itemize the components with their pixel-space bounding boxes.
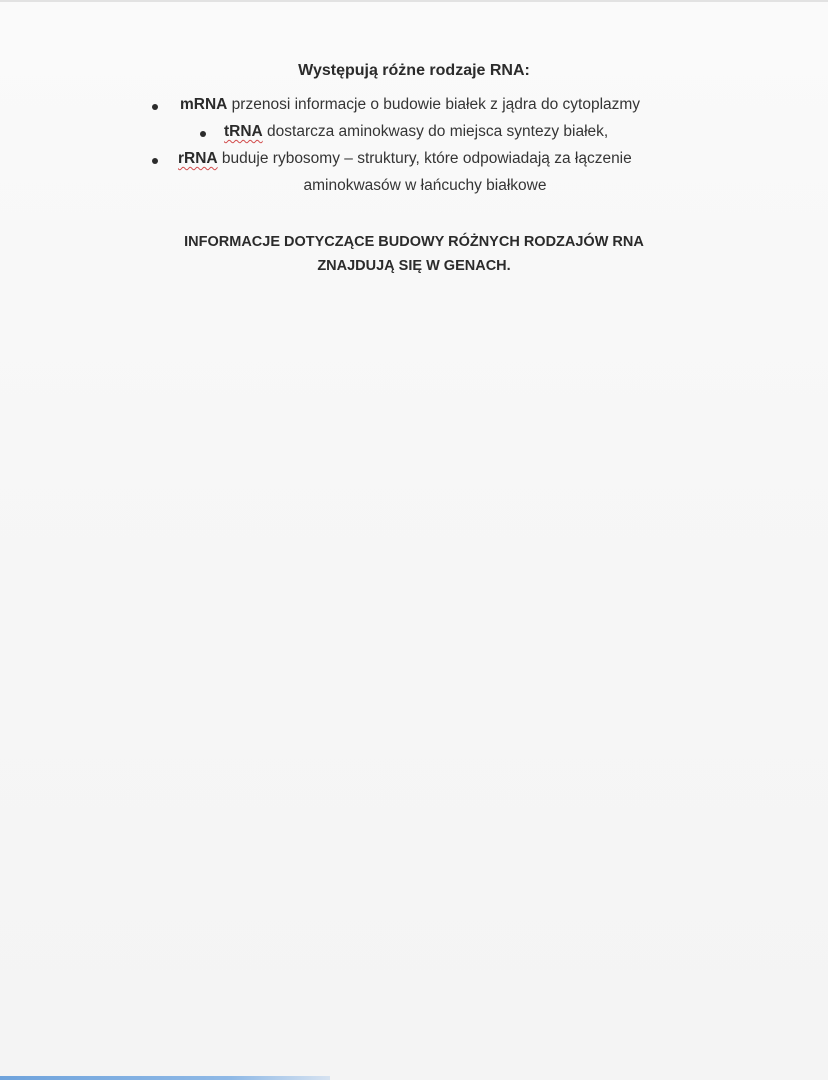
description-trna: dostarcza aminokwasy do miejsca syntezy … <box>263 123 608 140</box>
list-item-rrna-continuation: aminokwasów w łańcuchy białkowe <box>0 177 828 195</box>
list-item-rrna: rRNA buduje rybosomy – struktury, które … <box>178 150 632 168</box>
bullet-icon <box>200 131 206 137</box>
genes-note-line-2: ZNAJDUJĄ SIĘ W GENACH. <box>0 254 828 278</box>
genes-note-line-1: INFORMACJE DOTYCZĄCE BUDOWY RÓŻNYCH RODZ… <box>0 230 828 254</box>
term-mrna: mRNA <box>180 96 227 113</box>
list-item-mrna: mRNA przenosi informacje o budowie białe… <box>180 96 640 114</box>
term-trna: tRNA <box>224 123 263 140</box>
document-title: Występują różne rodzaje RNA: <box>0 62 828 80</box>
term-rrna: rRNA <box>178 150 218 167</box>
bottom-progress-bar <box>0 1076 330 1080</box>
bullet-icon <box>152 158 158 164</box>
page-top-edge <box>0 0 828 2</box>
description-mrna: przenosi informacje o budowie białek z j… <box>227 96 640 113</box>
description-rrna: buduje rybosomy – struktury, które odpow… <box>218 150 632 167</box>
genes-note: INFORMACJE DOTYCZĄCE BUDOWY RÓŻNYCH RODZ… <box>0 230 828 278</box>
document-page: Występują różne rodzaje RNA: mRNA przeno… <box>0 0 828 1080</box>
list-item-trna: tRNA dostarcza aminokwasy do miejsca syn… <box>224 123 608 141</box>
bullet-icon <box>152 104 158 110</box>
